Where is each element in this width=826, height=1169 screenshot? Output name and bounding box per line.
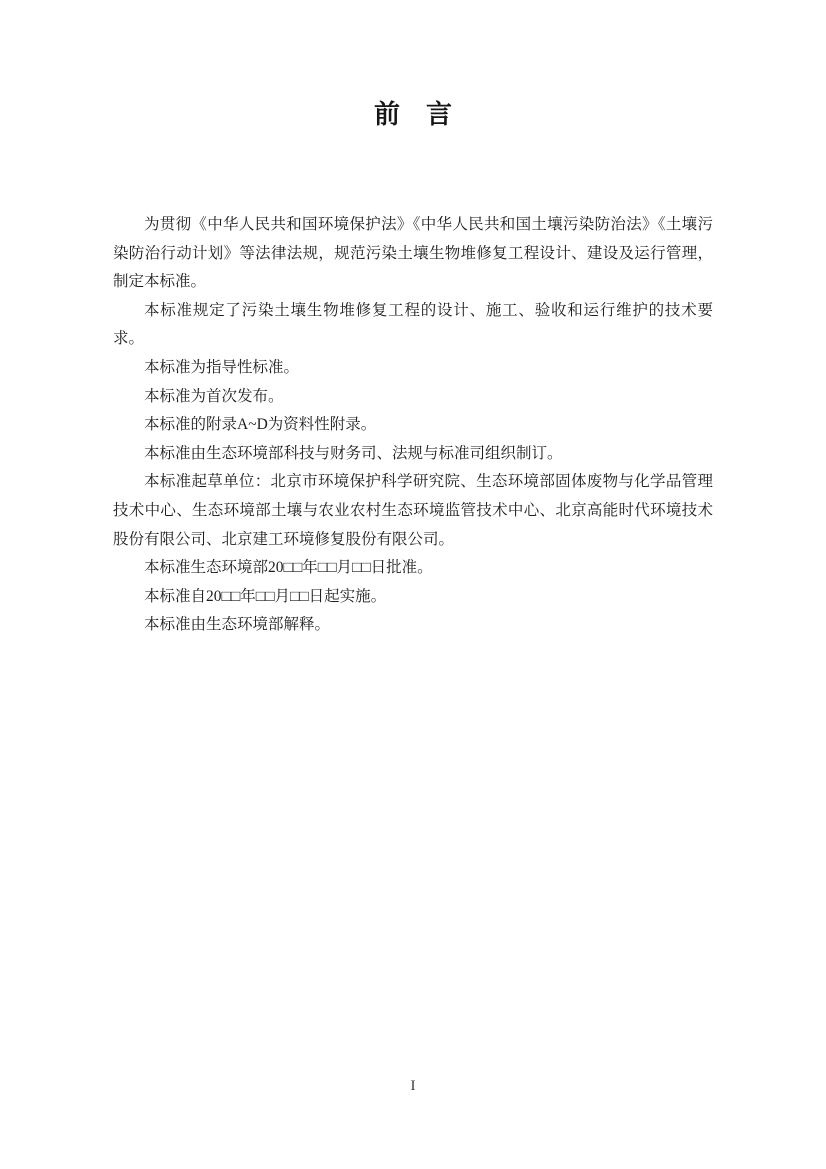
page-number: I	[0, 1078, 826, 1095]
foreword-body: 为贯彻《中华人民共和国环境保护法》《中华人民共和国土壤污染防治法》《土壤污染防治…	[113, 211, 713, 640]
paragraph: 本标准为指导性标准。	[113, 354, 713, 383]
paragraph: 本标准规定了污染土壤生物堆修复工程的设计、施工、验收和运行维护的技术要求。	[113, 297, 713, 354]
paragraph: 为贯彻《中华人民共和国环境保护法》《中华人民共和国土壤污染防治法》《土壤污染防治…	[113, 211, 713, 297]
paragraph: 本标准由生态环境部科技与财务司、法规与标准司组织制订。	[113, 440, 713, 469]
paragraph: 本标准起草单位：北京市环境保护科学研究院、生态环境部固体废物与化学品管理技术中心…	[113, 468, 713, 554]
paragraph: 本标准的附录A~D为资料性附录。	[113, 411, 713, 440]
paragraph: 本标准由生态环境部解释。	[113, 611, 713, 640]
page-title: 前 言	[0, 94, 826, 131]
paragraph: 本标准为首次发布。	[113, 383, 713, 412]
paragraph: 本标准生态环境部20□□年□□月□□日批准。	[113, 554, 713, 583]
document-page: 前 言 为贯彻《中华人民共和国环境保护法》《中华人民共和国土壤污染防治法》《土壤…	[0, 0, 826, 1169]
paragraph: 本标准自20□□年□□月□□日起实施。	[113, 583, 713, 612]
